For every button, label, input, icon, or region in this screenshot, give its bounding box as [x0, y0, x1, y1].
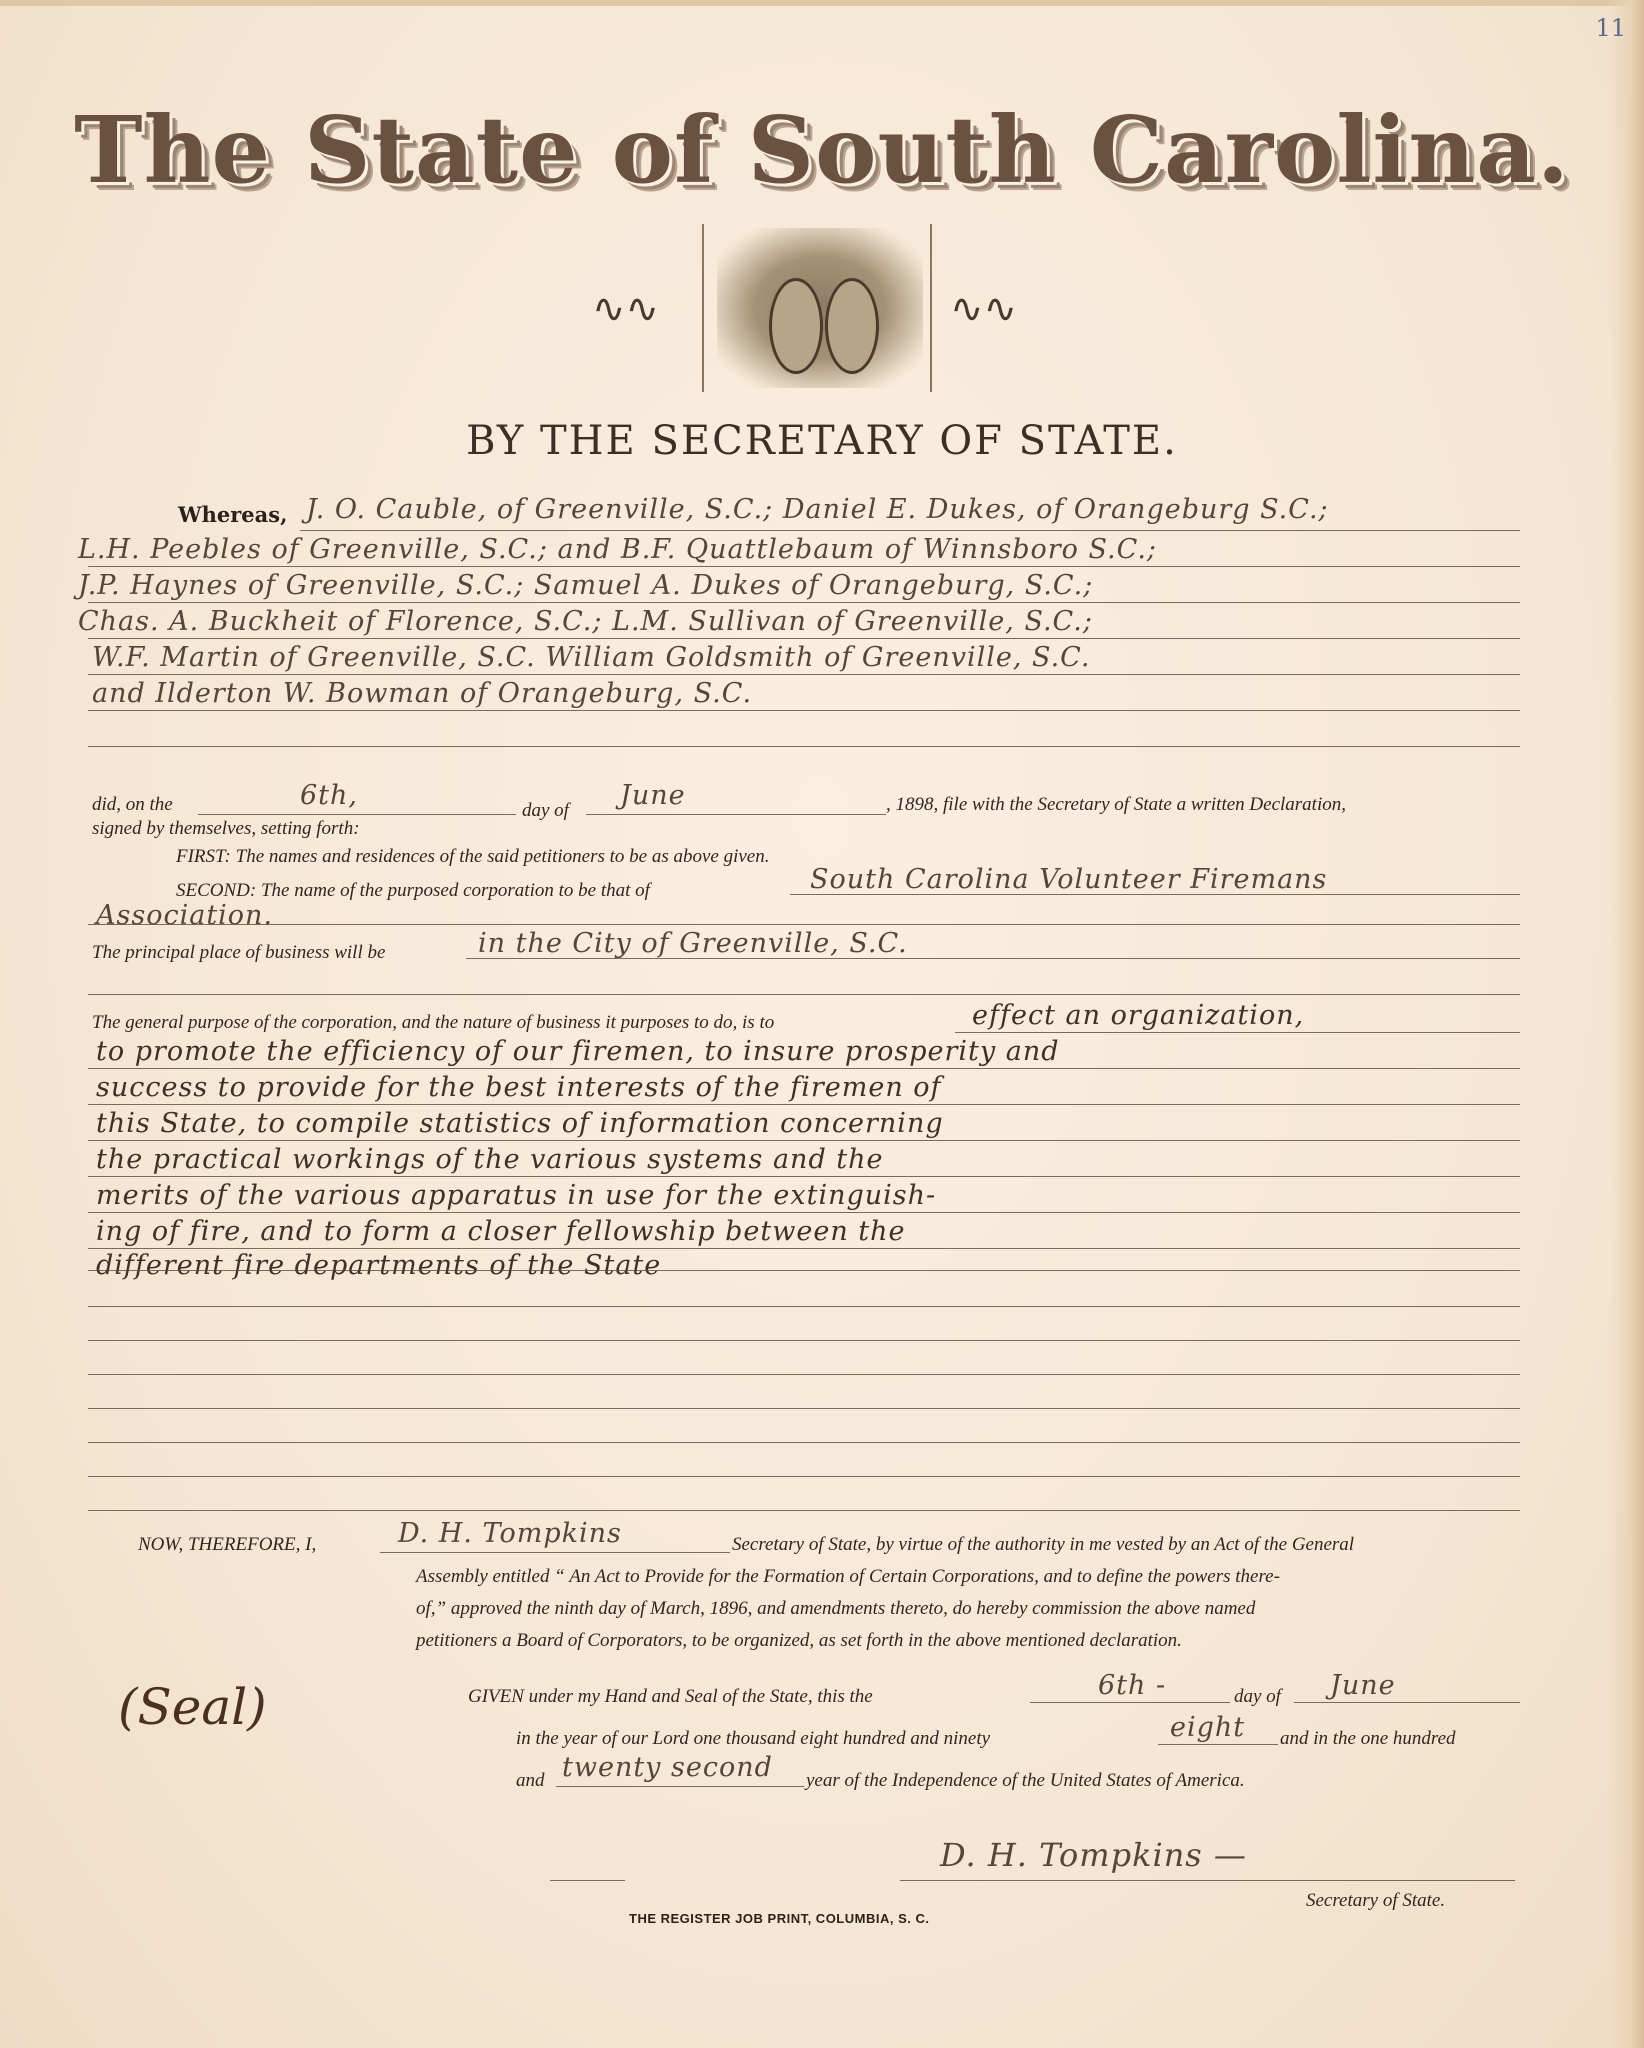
printer-imprint: THE REGISTER JOB PRINT, COLUMBIA, S. C.	[629, 1911, 929, 1926]
right-flourish-icon: ∿∿	[950, 286, 1017, 332]
rule	[900, 1880, 1515, 1881]
rule	[1294, 1702, 1520, 1703]
commission-line-4: petitioners a Board of Corporators, to b…	[416, 1630, 1182, 1652]
corporation-name-line-2: Association.	[96, 900, 273, 931]
rule	[88, 1068, 1520, 1069]
rule	[586, 814, 886, 815]
purpose-line-4: the practical workings of the various sy…	[96, 1144, 884, 1175]
signed-by-text: signed by themselves, setting forth:	[92, 818, 360, 840]
filing-day-value: 6th,	[300, 780, 358, 811]
rule	[88, 1510, 1520, 1511]
principal-place-value: in the City of Greenville, S.C.	[478, 928, 908, 959]
commission-line-1: Secretary of State, by virtue of the aut…	[732, 1534, 1354, 1556]
rule	[88, 1212, 1520, 1213]
rule	[88, 1176, 1520, 1177]
corporation-name-line-1: South Carolina Volunteer Firemans	[810, 864, 1327, 895]
now-therefore-label: NOW, THEREFORE, I,	[138, 1534, 316, 1556]
independence-text: year of the Independence of the United S…	[806, 1770, 1245, 1792]
rule	[88, 1408, 1520, 1409]
rule	[88, 602, 1520, 603]
petitioner-line-4: Chas. A. Buckheit of Florence, S.C.; L.M…	[78, 606, 1093, 637]
page-right-edge	[1610, 0, 1644, 2048]
rule	[556, 1786, 804, 1787]
document-title: The State of South Carolina.	[0, 96, 1644, 204]
page-number: 11	[1595, 14, 1626, 42]
commission-line-3: of,” approved the ninth day of March, 18…	[416, 1598, 1255, 1620]
rule	[1158, 1744, 1278, 1745]
given-day-of-label: day of	[1234, 1686, 1281, 1708]
petitioner-line-3: J.P. Haynes of Greenville, S.C.; Samuel …	[78, 570, 1093, 601]
year-text-b: and in the one hundred	[1280, 1728, 1456, 1750]
rule	[88, 1248, 1520, 1249]
did-on-the-label: did, on the	[92, 794, 173, 816]
rule	[88, 1270, 1520, 1271]
seal-note: (Seal)	[118, 1678, 267, 1736]
rule	[88, 674, 1520, 675]
rule	[1030, 1702, 1230, 1703]
rule	[88, 638, 1520, 639]
petitioner-line-5: W.F. Martin of Greenville, S.C. William …	[92, 642, 1090, 673]
second-clause: SECOND: The name of the purposed corpora…	[176, 880, 650, 902]
petitioner-line-6: and Ilderton W. Bowman of Orangeburg, S.…	[92, 678, 752, 709]
purpose-line-1: to promote the efficiency of our firemen…	[96, 1036, 1060, 1067]
commissioning-secretary-name: D. H. Tompkins	[398, 1518, 622, 1549]
purpose-label: The general purpose of the corporation, …	[92, 1012, 774, 1034]
rule	[88, 1374, 1520, 1375]
rule	[88, 994, 1520, 995]
rule	[88, 1476, 1520, 1477]
purpose-line-7: different fire departments of the State	[96, 1250, 661, 1281]
petitioner-line-1: J. O. Cauble, of Greenville, S.C.; Danie…	[306, 494, 1329, 525]
year-text-a: in the year of our Lord one thousand eig…	[516, 1728, 990, 1750]
state-seal-engraving: ∿∿ ∿∿	[590, 218, 1050, 394]
rule	[88, 1104, 1520, 1105]
independence-year-value: twenty second	[562, 1752, 773, 1783]
filing-year-text: , 1898, file with the Secretary of State…	[886, 794, 1346, 816]
rule	[550, 1880, 625, 1881]
page-top-edge	[0, 0, 1644, 6]
rule	[88, 1340, 1520, 1341]
whereas-label: Whereas,	[178, 502, 287, 527]
filing-month-value: June	[620, 780, 686, 811]
petitioner-line-2: L.H. Peebles of Greenville, S.C.; and B.…	[78, 534, 1157, 565]
rule	[955, 1032, 1520, 1033]
document-subtitle: BY THE SECRETARY OF STATE.	[0, 418, 1644, 464]
document-page: 11 The State of South Carolina. ∿∿ ∿∿ BY…	[0, 0, 1644, 2048]
palmetto-seal-icon	[769, 278, 823, 374]
spes-seal-icon	[825, 278, 879, 374]
seal-left-rule	[702, 224, 704, 392]
rule	[88, 566, 1520, 567]
rule	[88, 746, 1520, 747]
rule	[88, 710, 1520, 711]
purpose-line-6: ing of fire, and to form a closer fellow…	[96, 1216, 906, 1247]
rule	[88, 1306, 1520, 1307]
purpose-line-5: merits of the various apparatus in use f…	[96, 1180, 936, 1211]
given-text: GIVEN under my Hand and Seal of the Stat…	[468, 1686, 873, 1708]
day-of-label: day of	[522, 800, 569, 822]
rule	[790, 894, 1520, 895]
given-month-value: June	[1330, 1670, 1396, 1701]
principal-place-label: The principal place of business will be	[92, 942, 385, 964]
and-label: and	[516, 1770, 545, 1792]
purpose-first-line: effect an organization,	[972, 1000, 1304, 1031]
purpose-line-2: success to provide for the best interest…	[96, 1072, 942, 1103]
given-year-value: eight	[1170, 1712, 1245, 1743]
rule	[198, 814, 516, 815]
rule	[466, 958, 1520, 959]
purpose-line-3: this State, to compile statistics of inf…	[96, 1108, 944, 1139]
rule	[300, 530, 1520, 531]
given-day-value: 6th -	[1098, 1670, 1166, 1701]
commission-line-2: Assembly entitled “ An Act to Provide fo…	[416, 1566, 1280, 1588]
first-clause: FIRST: The names and residences of the s…	[176, 846, 769, 868]
rule	[380, 1552, 730, 1553]
left-flourish-icon: ∿∿	[592, 286, 659, 332]
seal-right-rule	[930, 224, 932, 392]
rule	[88, 1140, 1520, 1141]
rule	[88, 1442, 1520, 1443]
secretary-title: Secretary of State.	[1306, 1890, 1445, 1912]
secretary-signature: D. H. Tompkins —	[940, 1836, 1247, 1874]
rule	[88, 924, 1520, 925]
seal-vignette	[717, 228, 923, 388]
